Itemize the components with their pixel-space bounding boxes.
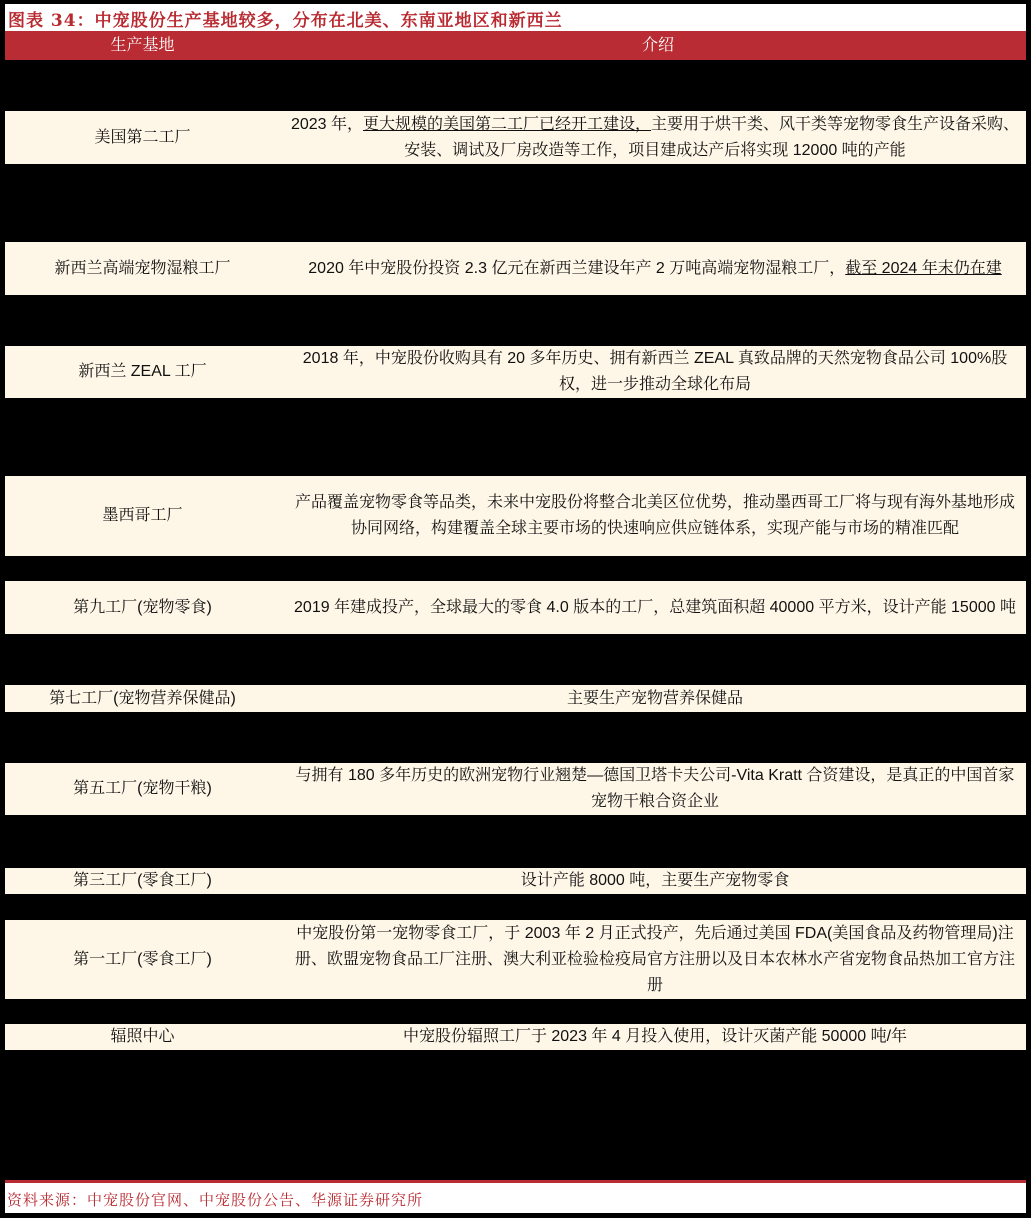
table-row: 第三工厂(零食工厂) 设计产能 8000 吨，主要生产宠物零食 [5, 868, 1026, 894]
row-description: 2018 年，中宠股份收购具有 20 多年历史、拥有新西兰 ZEAL 真致品牌的… [290, 346, 1020, 398]
table-row: 美国第二工厂 2023 年，更大规模的美国第二工厂已经开工建设，主要用于烘干类、… [5, 111, 1026, 164]
row-name: 第三工厂(零食工厂) [5, 868, 280, 894]
table-row: 墨西哥工厂 产品覆盖宠物零食等品类，未来中宠股份将整合北美区位优势，推动墨西哥工… [5, 476, 1026, 556]
row-description: 与拥有 180 多年历史的欧洲宠物行业翘楚—德国卫塔卡夫公司-Vita Krat… [290, 763, 1020, 815]
row-description: 设计产能 8000 吨，主要生产宠物零食 [290, 868, 1020, 894]
row-description: 2020 年中宠股份投资 2.3 亿元在新西兰建设年产 2 万吨高端宠物湿粮工厂… [290, 242, 1020, 295]
row-name: 美国第二工厂 [5, 111, 280, 164]
table-row: 新西兰高端宠物湿粮工厂 2020 年中宠股份投资 2.3 亿元在新西兰建设年产 … [5, 242, 1026, 295]
row-description: 主要生产宠物营养保健品 [290, 685, 1020, 712]
row-name: 辐照中心 [5, 1024, 280, 1050]
row-name: 第七工厂(宠物营养保健品) [5, 685, 280, 712]
desc-text: 2019 年建成投产，全球最大的零食 4.0 版本的工厂，总建筑面积超 4000… [294, 599, 1016, 616]
table-row: 辐照中心 中宠股份辐照工厂于 2023 年 4 月投入使用，设计灭菌产能 500… [5, 1024, 1026, 1050]
desc-text: 与拥有 180 多年历史的欧洲宠物行业翘楚—德国卫塔卡夫公司-Vita Krat… [296, 767, 1015, 810]
table-row: 第一工厂(零食工厂) 中宠股份第一宠物零食工厂，于 2003 年 2 月正式投产… [5, 920, 1026, 999]
footer-strip: 资料来源：中宠股份官网、中宠股份公告、华源证券研究所 [5, 1183, 1026, 1213]
table-row: 第九工厂(宠物零食) 2019 年建成投产，全球最大的零食 4.0 版本的工厂，… [5, 581, 1026, 634]
row-description: 中宠股份第一宠物零食工厂，于 2003 年 2 月正式投产，先后通过美国 FDA… [290, 920, 1020, 999]
row-description: 2019 年建成投产，全球最大的零食 4.0 版本的工厂，总建筑面积超 4000… [290, 581, 1020, 634]
figure-title: 图表 34：中宠股份生产基地较多，分布在北美、东南亚地区和新西兰 [8, 6, 563, 31]
row-description: 产品覆盖宠物零食等品类，未来中宠股份将整合北美区位优势，推动墨西哥工厂将与现有海… [290, 476, 1020, 556]
desc-text: 中宠股份第一宠物零食工厂，于 2003 年 2 月正式投产，先后通过美国 FDA… [295, 925, 1015, 994]
row-name: 第五工厂(宠物干粮) [5, 763, 280, 815]
row-description: 中宠股份辐照工厂于 2023 年 4 月投入使用，设计灭菌产能 50000 吨/… [290, 1024, 1020, 1050]
figure-title-strip: 图表 34：中宠股份生产基地较多，分布在北美、东南亚地区和新西兰 [5, 4, 1026, 31]
desc-text: 设计产能 8000 吨，主要生产宠物零食 [521, 872, 790, 889]
table-row: 第七工厂(宠物营养保健品) 主要生产宠物营养保健品 [5, 685, 1026, 712]
row-name: 新西兰高端宠物湿粮工厂 [5, 242, 280, 295]
desc-text: 2023 年， [291, 116, 363, 133]
header-introduction: 介绍 [290, 31, 1026, 60]
desc-text: 2018 年，中宠股份收购具有 20 多年历史、拥有新西兰 ZEAL 真致品牌的… [303, 350, 1007, 393]
row-name: 新西兰 ZEAL 工厂 [5, 346, 280, 398]
source-note: 资料来源：中宠股份官网、中宠股份公告、华源证券研究所 [7, 1189, 423, 1210]
row-name: 第九工厂(宠物零食) [5, 581, 280, 634]
desc-text: 2020 年中宠股份投资 2.3 亿元在新西兰建设年产 2 万吨高端宠物湿粮工厂… [308, 260, 845, 277]
row-name: 墨西哥工厂 [5, 476, 280, 556]
row-name: 第一工厂(零食工厂) [5, 920, 280, 999]
desc-text: 中宠股份辐照工厂于 2023 年 4 月投入使用，设计灭菌产能 50000 吨/… [403, 1028, 907, 1045]
desc-text: 主要生产宠物营养保健品 [567, 690, 743, 707]
table-row: 第五工厂(宠物干粮) 与拥有 180 多年历史的欧洲宠物行业翘楚—德国卫塔卡夫公… [5, 763, 1026, 815]
header-production-base: 生产基地 [5, 31, 280, 60]
table-header: 生产基地 介绍 [5, 31, 1026, 60]
desc-text: 产品覆盖宠物零食等品类，未来中宠股份将整合北美区位优势，推动墨西哥工厂将与现有海… [295, 494, 1015, 537]
desc-underlined-text: 截至 2024 年末仍在建 [845, 260, 1002, 277]
desc-underlined-text: 更大规模的美国第二工厂已经开工建设， [363, 116, 651, 133]
table-row: 新西兰 ZEAL 工厂 2018 年，中宠股份收购具有 20 多年历史、拥有新西… [5, 346, 1026, 398]
row-description: 2023 年，更大规模的美国第二工厂已经开工建设，主要用于烘干类、风干类等宠物零… [290, 111, 1020, 164]
